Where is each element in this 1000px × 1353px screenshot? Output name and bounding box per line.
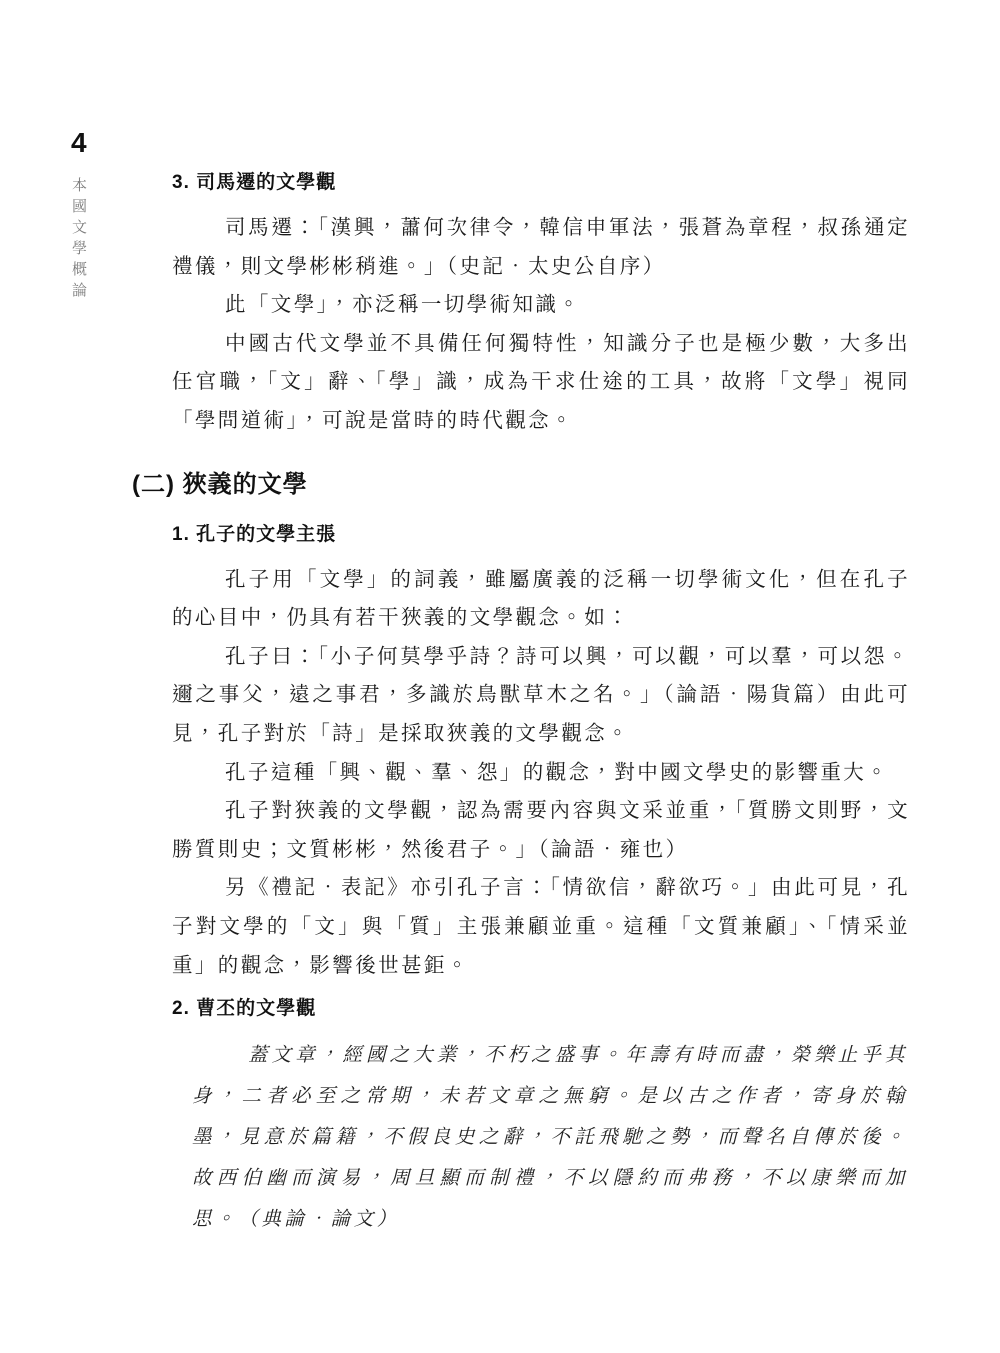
paragraph-shiji-quote: 司馬遷：「漢興，蕭何次律令，韓信申軍法，張蒼為章程，叔孫通定禮儀，則文學彬彬稍進…: [172, 209, 910, 286]
paragraph-wenxue-general: 此「文學」，亦泛稱一切學術知識。: [172, 286, 910, 325]
heading-cao-pi-literary-view: 2. 曹丕的文學觀: [172, 997, 910, 1021]
book-side-title: 本國文學概論: [68, 177, 89, 303]
paragraph-ancient-literature: 中國古代文學並不具備任何獨特性，知識分子也是極少數，大多出任官職，「文」辭、「學…: [172, 325, 910, 441]
paragraph-confucius-usage: 孔子用「文學」的詞義，雖屬廣義的泛稱一切學術文化，但在孔子的心目中，仍具有若干狹…: [172, 561, 910, 638]
paragraph-xing-guan-qun-yuan: 孔子這種「興、觀、羣、怨」的觀念，對中國文學史的影響重大。: [172, 754, 910, 793]
paragraph-liji-biaoji-quote: 另《禮記‧表記》亦引孔子言：「情欲信，辭欲巧。」由此可見，孔子對文學的「文」與「…: [172, 869, 910, 985]
heading-narrow-sense-literature: (二) 狹義的文學: [132, 469, 910, 501]
book-page: 4 本國文學概論 3. 司馬遷的文學觀 司馬遷：「漢興，蕭何次律令，韓信申軍法，…: [0, 0, 1000, 1353]
paragraph-analects-yanghuo-quote: 孔子曰：「小子何莫學乎詩？詩可以興，可以觀，可以羣，可以怨。邇之事父，遠之事君，…: [172, 638, 910, 754]
page-number: 4: [71, 129, 87, 157]
heading-confucius-literary-proposition: 1. 孔子的文學主張: [172, 523, 910, 547]
page-content: 3. 司馬遷的文學觀 司馬遷：「漢興，蕭何次律令，韓信申軍法，張蒼為章程，叔孫通…: [172, 171, 910, 1240]
paragraph-zhi-sheng-wen-quote: 孔子對狹義的文學觀，認為需要內容與文采並重，「質勝文則野，文勝質則史；文質彬彬，…: [172, 792, 910, 869]
heading-sima-qian-literary-view: 3. 司馬遷的文學觀: [172, 171, 910, 195]
quote-dianlun-lunwen: 蓋文章，經國之大業，不朽之盛事。年壽有時而盡，榮樂止乎其身，二者必至之常期，未若…: [192, 1035, 908, 1240]
